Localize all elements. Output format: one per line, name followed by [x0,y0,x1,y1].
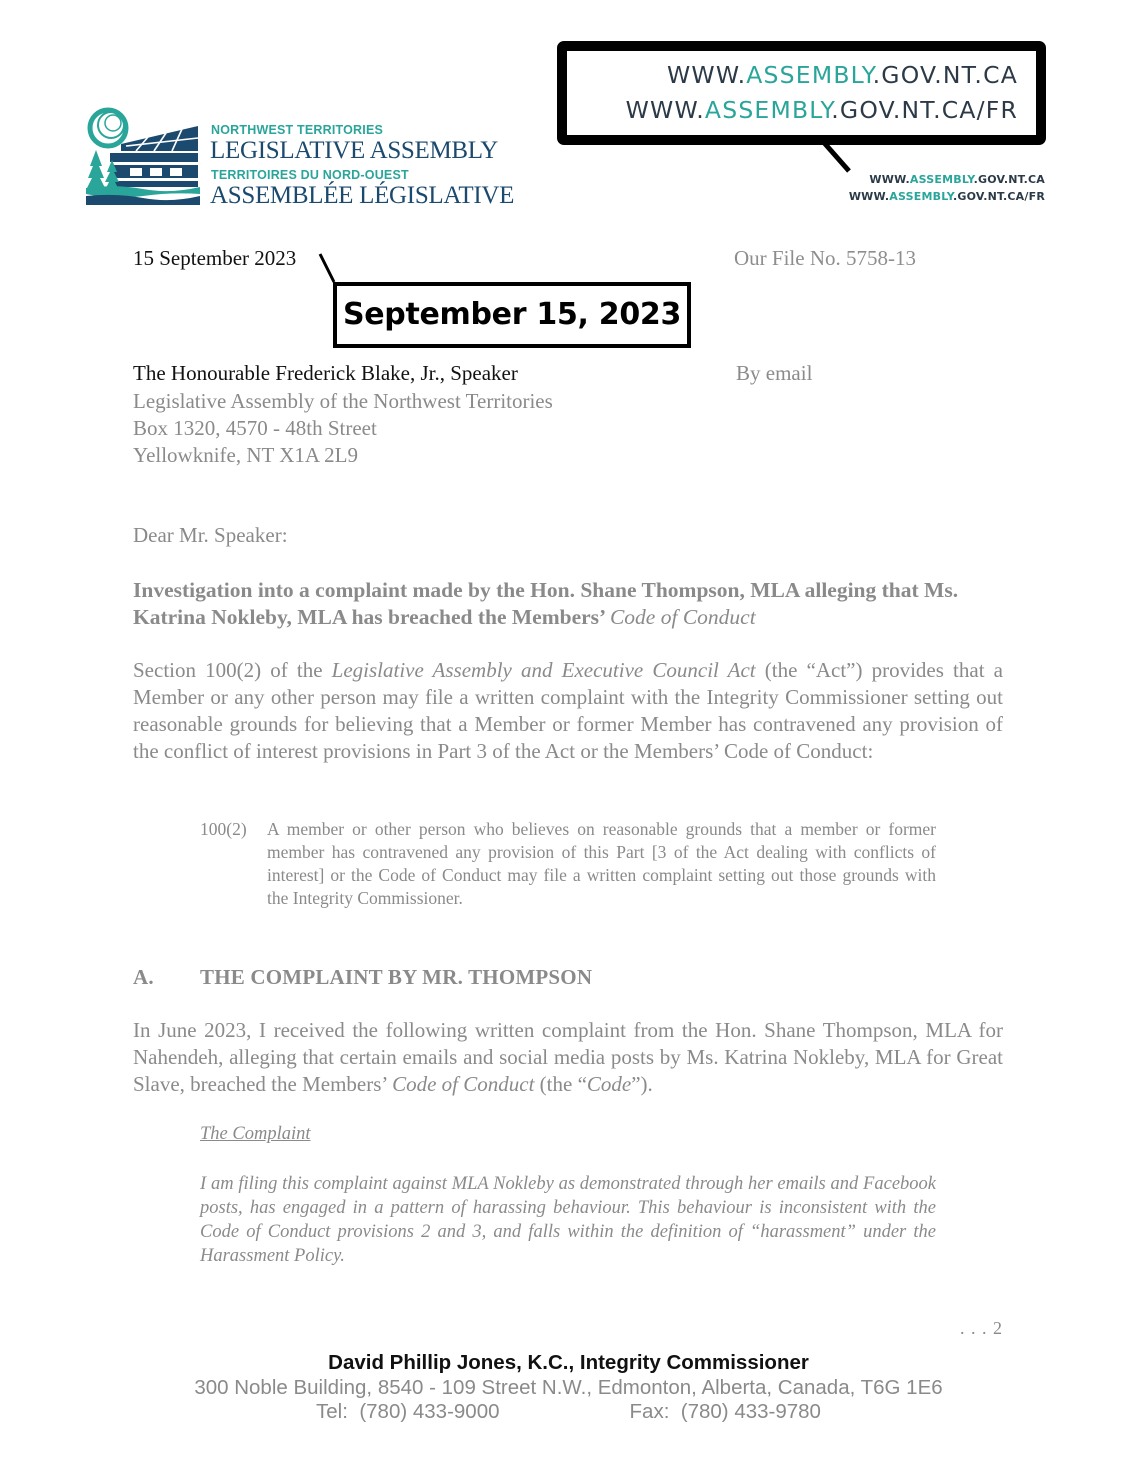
statute-quote-text: A member or other person who believes on… [267,818,936,910]
url-callout-box: WWW.ASSEMBLY.GOV.NT.CA WWW.ASSEMBLY.GOV.… [557,41,1046,145]
footer-address: 300 Noble Building, 8540 - 109 Street N.… [0,1376,1137,1400]
logo-territory-en: NORTHWEST TERRITORIES [211,123,383,137]
website-link-en[interactable]: WWW.ASSEMBLY.GOV.NT.CA [869,173,1045,186]
recipient-address-line: Legislative Assembly of the Northwest Te… [133,388,553,415]
delivery-method: By email [736,360,812,387]
page-continuation-marker: . . . 2 [960,1318,1003,1339]
logo-assembly-fr: ASSEMBLÉE LÉGISLATIVE [210,183,514,208]
letter-date: 15 September 2023 [133,245,296,272]
recipient-name: The Honourable Frederick Blake, Jr., Spe… [133,360,518,387]
salutation: Dear Mr. Speaker: [133,522,288,549]
logo-territory-fr: TERRITOIRES DU NORD-OUEST [211,168,409,182]
website-link-fr-enlarged[interactable]: WWW.ASSEMBLY.GOV.NT.CA/FR [626,96,1018,124]
complaint-quote-text: I am filing this complaint against MLA N… [200,1172,936,1268]
footer-commissioner-name: David Phillip Jones, K.C., Integrity Com… [0,1351,1137,1375]
complaint-subheading: The Complaint [200,1124,311,1145]
logo-assembly-en: LEGISLATIVE ASSEMBLY [210,138,498,163]
date-callout-pointer-line [318,252,338,284]
callout-pointer-line [815,133,860,178]
website-link-fr[interactable]: WWW.ASSEMBLY.GOV.NT.CA/FR [849,190,1045,203]
subject-line: Investigation into a complaint made by t… [133,577,1005,631]
file-number: Our File No. 5758-13 [734,245,916,272]
paragraph-statute-intro: Section 100(2) of the Legislative Assemb… [133,657,1003,765]
recipient-address-line: Yellowknife, NT X1A 2L9 [133,442,358,469]
paragraph-complaint-intro: In June 2023, I received the following w… [133,1017,1003,1098]
date-callout-box: September 15, 2023 [333,282,691,348]
website-link-en-enlarged[interactable]: WWW.ASSEMBLY.GOV.NT.CA [667,61,1018,89]
legislative-assembly-emblem-icon [86,106,200,206]
footer-telephone: Tel: (780) 433-9000 [316,1400,499,1423]
recipient-address-line: Box 1320, 4570 - 48th Street [133,415,377,442]
section-heading: A.THE COMPLAINT BY MR. THOMPSON [133,965,592,990]
footer-fax: Fax: (780) 433-9780 [630,1400,821,1423]
footer-contact: Tel: (780) 433-9000Fax: (780) 433-9780 [0,1400,1137,1424]
statute-section-number: 100(2) [200,818,247,841]
statute-quote: 100(2) A member or other person who beli… [200,818,936,910]
